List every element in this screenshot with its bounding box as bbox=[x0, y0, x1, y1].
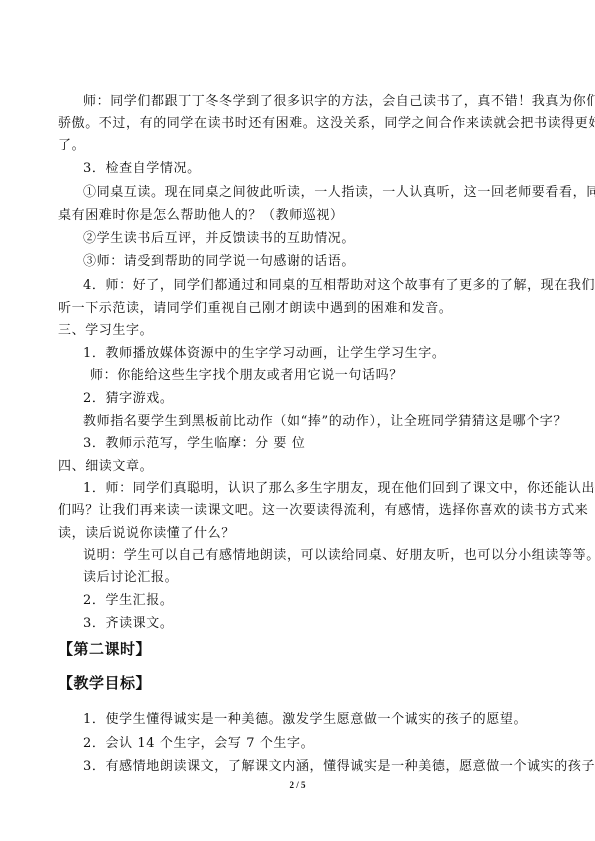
paragraph-line: 4．师：好了，同学们都通过和同桌的互相帮助对这个故事有了更多的了解，现在我们来 bbox=[83, 278, 595, 294]
paragraph-line: 说明：学生可以自己有感情地朗读，可以读给同桌、好朋友听，也可以分小组读等等。 bbox=[83, 548, 595, 564]
paragraph-line: 骄傲。不过，有的同学在读书时还有困难。这没关系，同学之间合作来读就会把书读得更好 bbox=[58, 116, 595, 132]
lesson-heading: 【第二课时】 bbox=[58, 640, 151, 658]
paragraph-line: 桌有困难时你是怎么帮助他人的？（教师巡视） bbox=[58, 208, 344, 224]
goal-item: 3．有感情地朗读课文，了解课文内涵，懂得诚实是一种美德，愿意做一个诚实的孩子。 bbox=[83, 759, 595, 775]
goals-heading: 【教学目标】 bbox=[58, 674, 151, 692]
document-page: 师：同学们都跟丁丁冬冬学到了很多识字的方法，会自己读书了，真不错！我真为你们 骄… bbox=[0, 0, 595, 841]
section-heading: 三、学习生字。 bbox=[58, 323, 153, 339]
paragraph-line: 1．师：同学们真聪明，认识了那么多生字朋友，现在他们回到了课文中，你还能认出他 bbox=[83, 481, 595, 497]
paragraph-line: 3．齐读课文。 bbox=[83, 616, 173, 632]
goal-item: 1．使学生懂得诚实是一种美德。激发学生愿意做一个诚实的孩子的愿望。 bbox=[83, 712, 527, 728]
paragraph-line: 2．猜字游戏。 bbox=[83, 391, 173, 407]
page-number: 2 / 5 bbox=[0, 780, 595, 790]
paragraph-line: ①同桌互读。现在同桌之间彼此听读，一人指读，一人认真听，这一回老师要看看，同 bbox=[83, 185, 595, 201]
paragraph-line: 听一下示范读，请同学们重视自己刚才朗读中遇到的困难和发音。 bbox=[58, 301, 452, 317]
paragraph-line: 师：你能给这些生字找个朋友或者用它说一句话吗？ bbox=[90, 368, 403, 384]
paragraph-line: 1．教师播放媒体资源中的生字学习动画，让学生学习生字。 bbox=[83, 346, 445, 362]
goal-item: 2．会认 14 个生字，会写 7 个生字。 bbox=[83, 736, 314, 752]
paragraph-line: 读后讨论汇报。 bbox=[83, 570, 178, 586]
paragraph-line: 师：同学们都跟丁丁冬冬学到了很多识字的方法，会自己读书了，真不错！我真为你们 bbox=[83, 94, 595, 110]
paragraph-line: 们吗？让我们再来读一读课文吧。这一次要读得流利，有感情，选择你喜欢的读书方式来 bbox=[58, 503, 588, 519]
section-heading: 四、细读文章。 bbox=[58, 459, 153, 475]
paragraph-line: ②学生读书后互评，并反馈读书的互助情况。 bbox=[83, 231, 355, 247]
paragraph-line: 了。 bbox=[58, 138, 85, 154]
paragraph-line: 读，读后说说你读懂了什么？ bbox=[58, 526, 235, 542]
paragraph-line: 3．检查自学情况。 bbox=[83, 161, 201, 177]
paragraph-line: 2．学生汇报。 bbox=[83, 593, 173, 609]
paragraph-line: 教师指名要学生到黑板前比动作（如“捧”的动作），让全班同学猜猜这是哪个字？ bbox=[83, 414, 567, 430]
paragraph-line: 3．教师示范写，学生临摩：分 要 位 bbox=[83, 436, 305, 452]
paragraph-line: ③师：请受到帮助的同学说一句感谢的话语。 bbox=[83, 254, 355, 270]
